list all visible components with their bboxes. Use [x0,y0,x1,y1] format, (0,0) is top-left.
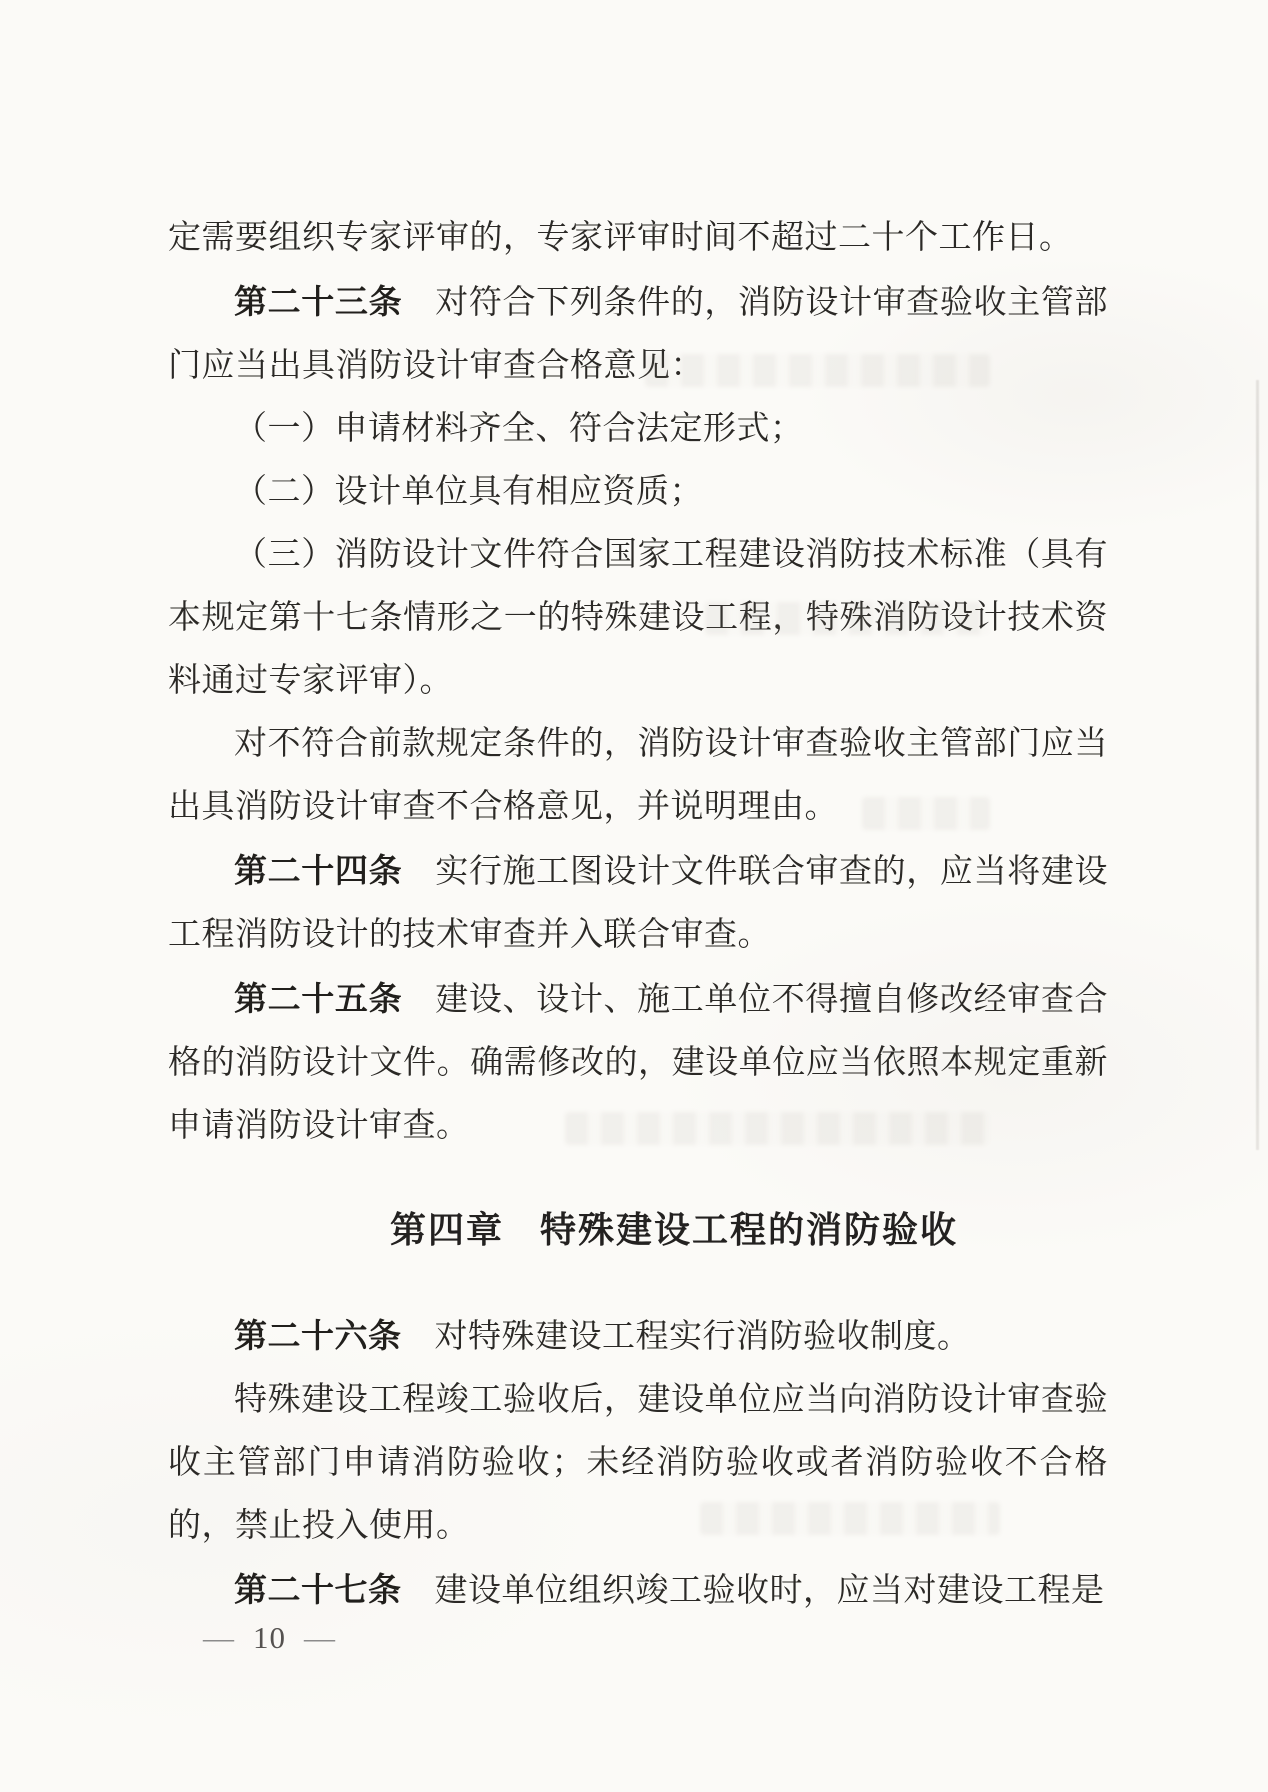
article-number-label: 第二十五条 [234,980,402,1017]
chapter-number-label: 第四章 [390,1209,504,1250]
paragraph-nonconforming: 对不符合前款规定条件的，消防设计审查验收主管部门应当出具消防设计审查不合格意见，… [168,713,1108,839]
list-item-2: （二）设计单位具有相应资质； [168,461,1108,524]
article-number-label: 第二十七条 [234,1571,402,1608]
paragraph-text: 对不符合前款规定条件的，消防设计审查验收主管部门应当出具消防设计审查不合格意见，… [168,726,1108,825]
article-number-label: 第二十六条 [234,1317,402,1354]
article-23: 第二十三条对符合下列条件的，消防设计审查验收主管部门应当出具消防设计审查合格意见… [168,270,1108,398]
chapter-heading: 第四章特殊建设工程的消防验收 [168,1198,1108,1261]
footer-left-dash: — [203,1620,235,1655]
list-item-text: （二）设计单位具有相应资质； [234,474,703,510]
list-item-text: （一）申请材料齐全、符合法定形式； [234,411,804,447]
scanned-document-page: 定需要组织专家评审的，专家评审时间不超过二十个工作日。 第二十三条对符合下列条件… [0,0,1268,1792]
article-number-label: 第二十三条 [234,283,402,320]
paragraph-text: 定需要组织专家评审的，专家评审时间不超过二十个工作日。 [168,220,1073,256]
article-27: 第二十七条建设单位组织竣工验收时，应当对建设工程是 [168,1558,1108,1623]
article-25: 第二十五条建设、设计、施工单位不得擅自修改经审查合格的消防设计文件。确需修改的，… [168,967,1108,1158]
list-item-text: （三）消防设计文件符合国家工程建设消防技术标准（具有本规定第十七条情形之一的特殊… [168,537,1108,699]
scan-edge-artifact [1256,380,1259,1150]
article-number-label: 第二十四条 [234,852,402,889]
footer-right-dash: — [304,1620,336,1655]
article-text: 对特殊建设工程实行消防验收制度。 [435,1319,971,1355]
page-number: 10 [253,1620,286,1655]
paragraph-acceptance: 特殊建设工程竣工验收后，建设单位应当向消防设计审查验收主管部门申请消防验收；未经… [168,1369,1108,1558]
page-number-footer: —10— [203,1618,336,1658]
paragraph-text: 特殊建设工程竣工验收后，建设单位应当向消防设计审查验收主管部门申请消防验收；未经… [168,1382,1108,1544]
list-item-1: （一）申请材料齐全、符合法定形式； [168,398,1108,461]
list-item-3: （三）消防设计文件符合国家工程建设消防技术标准（具有本规定第十七条情形之一的特殊… [168,524,1108,713]
chapter-title: 特殊建设工程的消防验收 [540,1209,958,1250]
document-text-block: 定需要组织专家评审的，专家评审时间不超过二十个工作日。 第二十三条对符合下列条件… [168,207,1108,1623]
paragraph-continuation: 定需要组织专家评审的，专家评审时间不超过二十个工作日。 [168,207,1108,270]
article-24: 第二十四条实行施工图设计文件联合审查的，应当将建设工程消防设计的技术审查并入联合… [168,839,1108,967]
article-text: 建设单位组织竣工验收时，应当对建设工程是 [435,1573,1105,1609]
article-26: 第二十六条对特殊建设工程实行消防验收制度。 [168,1304,1108,1369]
